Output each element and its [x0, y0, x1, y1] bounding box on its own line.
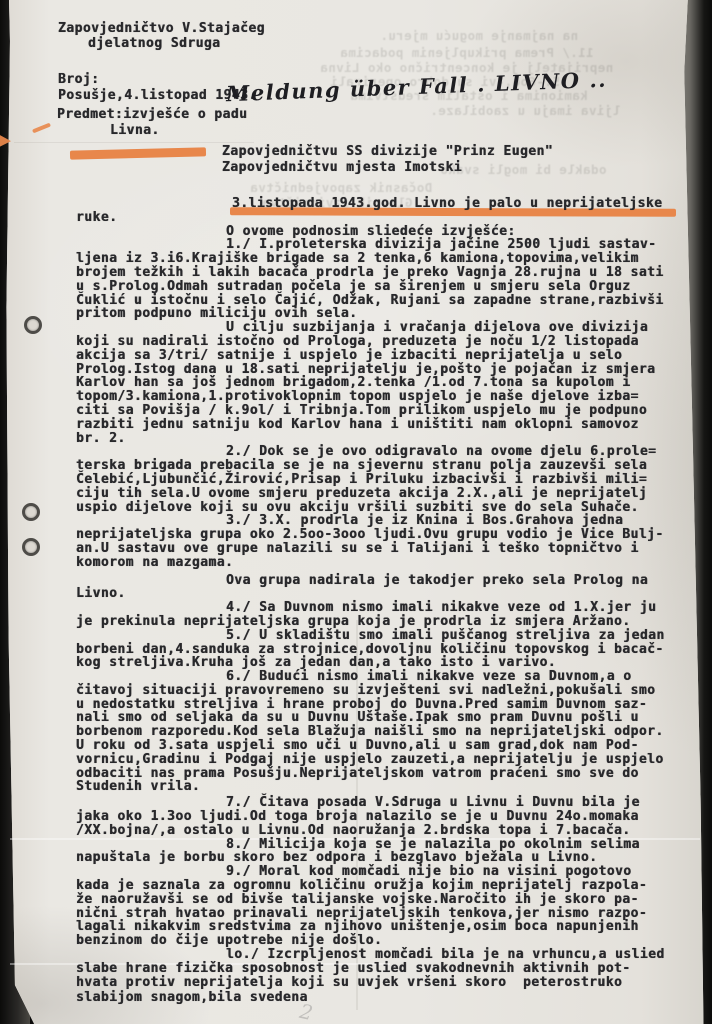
body-line: ljena iz 3.i6.Krajiške brigade sa 2 tenk…: [76, 251, 688, 265]
body-line: 3./ 3.X. prodrla je iz Knina i Bos.Graho…: [76, 513, 688, 527]
subject-line2: Livna.: [110, 123, 160, 138]
body-line: že naoružavši se od bivše talijanske voj…: [76, 892, 688, 906]
body-line: akcija sa 3/tri/ satnije i uspjelo je iz…: [76, 348, 688, 362]
body-line: terska brigada prebacila se je na sjever…: [76, 458, 688, 472]
body-line: u s.Prolog.Odmah sutradan počela je sa š…: [76, 279, 688, 293]
body-line: topom/3.kamiona,1.protivoklopnim topom u…: [76, 389, 688, 403]
body-line: Karlov han sa još jednom brigadom,2.tenk…: [76, 375, 688, 389]
body-line: kog streljiva.Kruha još za jedan dan,a t…: [76, 655, 688, 669]
body-line: Ova grupa nadirala je takodjer preko sel…: [76, 573, 688, 587]
unit-name-line2: djelatnog Sdruga: [88, 36, 220, 51]
body-line: hvata protiv neprijatelja koji su uvjek …: [76, 975, 688, 989]
body-line: 9./ Moral kod momčadi nije bio na visini…: [76, 864, 688, 878]
bleedthrough-ghost-text: na najmanje moguću mjeru.: [380, 28, 578, 43]
body-text: 3.listopada 1943.god. Livno je palo u ne…: [76, 196, 688, 1004]
body-line: 8./ Milicija koja se je nalazila po okol…: [76, 837, 688, 851]
body-line: čitavoj situaciji pravovremeno su izvješ…: [76, 683, 688, 697]
body-line: vornicu,Gradinu i Podgaj nije uspjelo za…: [76, 752, 688, 766]
body-line: Livno.: [76, 586, 688, 600]
body-line: Čelebić,Ljubunčić,Žirović,Prisap i Prilu…: [76, 472, 688, 486]
recipient-line2: Zapovjedničtvu mjesta Imotski: [222, 160, 462, 175]
body-line: ciju tih sela.U ovome smjeru preduzeta a…: [76, 486, 688, 500]
subject-line1: Predmet:izvješće o padu: [57, 107, 247, 122]
body-line: Prolog.Istog dana u 18.sati neprijatelju…: [76, 362, 688, 376]
punch-hole-2: [22, 503, 40, 521]
body-line: /XX.bojna/,a ostalo u Livnu.Od naoružanj…: [76, 823, 688, 837]
body-line: 7./ Čitava posada V.Sdruga u Livnu i Duv…: [76, 795, 688, 809]
body-line: 4./ Sa Duvnom nismo imali nikakve veze o…: [76, 600, 688, 614]
body-line: razbiti jednu satniju kod Karlov hana i …: [76, 417, 688, 431]
body-line: uspio dijelove koji su ovu akciju vršili…: [76, 500, 688, 514]
body-line: nali smo od seljaka da su u Duvnu Uštaše…: [76, 710, 688, 724]
body-line: U roku od 3.sata uspjeli smo uči u Duvno…: [76, 738, 688, 752]
body-line: lagali nikakvim sredstvima za njihovo un…: [76, 919, 688, 933]
body-line: Studenih vrila.: [76, 779, 688, 793]
fold-line-horizontal-3: [14, 142, 254, 143]
body-line: borbenom razporedu.Kod sela Blažuja naiš…: [76, 724, 688, 738]
body-line: 5./ U skladištu smo imali puščanog strel…: [76, 628, 688, 642]
body-line: Čuklić u istočnu i selo Čajić, Odžak, Ru…: [76, 293, 688, 307]
recipient-line1: Zapovjedničtvu SS divizije "Prinz Eugen": [222, 144, 553, 159]
body-line: koji su nadirali istočno od Prologa, pre…: [76, 334, 688, 348]
body-line: kada je saznala za ogromnu količinu oruž…: [76, 878, 688, 892]
body-line: benzinom do čije upotrebe nije došlo.: [76, 933, 688, 947]
body-line: ruke.: [76, 210, 688, 224]
body-line: brojem težkih i lakih bacača prodrla je …: [76, 265, 688, 279]
body-line: napuštala je borbu skoro bez odpora i be…: [76, 850, 688, 864]
body-line: slabe hrane fizička sposobnost je uslied…: [76, 961, 688, 975]
body-line: komorom na mazgama.: [76, 555, 688, 569]
body-line: 1./ I.proleterska divizija jačine 2500 l…: [76, 237, 688, 251]
bleedthrough-ghost-text: odakle bi mogli svako: [440, 162, 606, 177]
body-line: borbeni dan,4.sanduka za strojnice,dovol…: [76, 642, 688, 656]
body-line: 2./ Dok se je ovo odigravalo na ovome dj…: [76, 444, 688, 458]
body-line: lo./ Izcrpljenost momčadi bila je na vrh…: [76, 947, 688, 961]
body-line: neprijateljska grupa oko 2.5oo-3ooo ljud…: [76, 527, 688, 541]
body-line: odbaciti nas prama Posušju.Neprijateljsk…: [76, 766, 688, 780]
body-line: citi sa Povišja / k.9ol/ i Tribnja.Tom p…: [76, 403, 688, 417]
bleedthrough-ghost-text: 11./ Prema prikupljenim podacima: [340, 45, 594, 60]
body-line: U cilju suzbijanja i vračanja dijelova o…: [76, 320, 688, 334]
body-line: pritom podpuno miliciju ovih sela.: [76, 306, 688, 320]
body-line: 3.listopada 1943.god. Livno je palo u ne…: [76, 196, 688, 210]
punch-hole-1: [24, 316, 42, 334]
punch-hole-3: [22, 538, 40, 556]
body-line: jaka oko 1.3oo ljudi.Od toga broja nalaz…: [76, 809, 688, 823]
body-line: 6./ Budući nismo imali nikakve veze sa D…: [76, 669, 688, 683]
body-line: nični strah hvatao prinavali neprijatelj…: [76, 906, 688, 920]
bleedthrough-ghost-text: Dočasnik zapovjedničtva: [250, 180, 432, 195]
body-line: slabijom snagom,bila svedena: [76, 990, 688, 1004]
body-line: je prekinula neprijateljska grupa koja j…: [76, 614, 688, 628]
bleedthrough-ghost-text: ljiva imaju u zaobilaze.: [430, 103, 620, 118]
unit-name-line1: Zapovjedničtvo V.Stajačeg: [58, 21, 265, 36]
body-line: O ovome podnosim sliedeće izvješće:: [76, 224, 688, 238]
number-label: Broj:: [58, 72, 99, 87]
body-line: u nedostatku streljiva i hrane proboj do…: [76, 697, 688, 711]
body-line: an.U sastavu ove grupe nalazili su se i …: [76, 541, 688, 555]
body-line: br. 2.: [76, 431, 688, 445]
